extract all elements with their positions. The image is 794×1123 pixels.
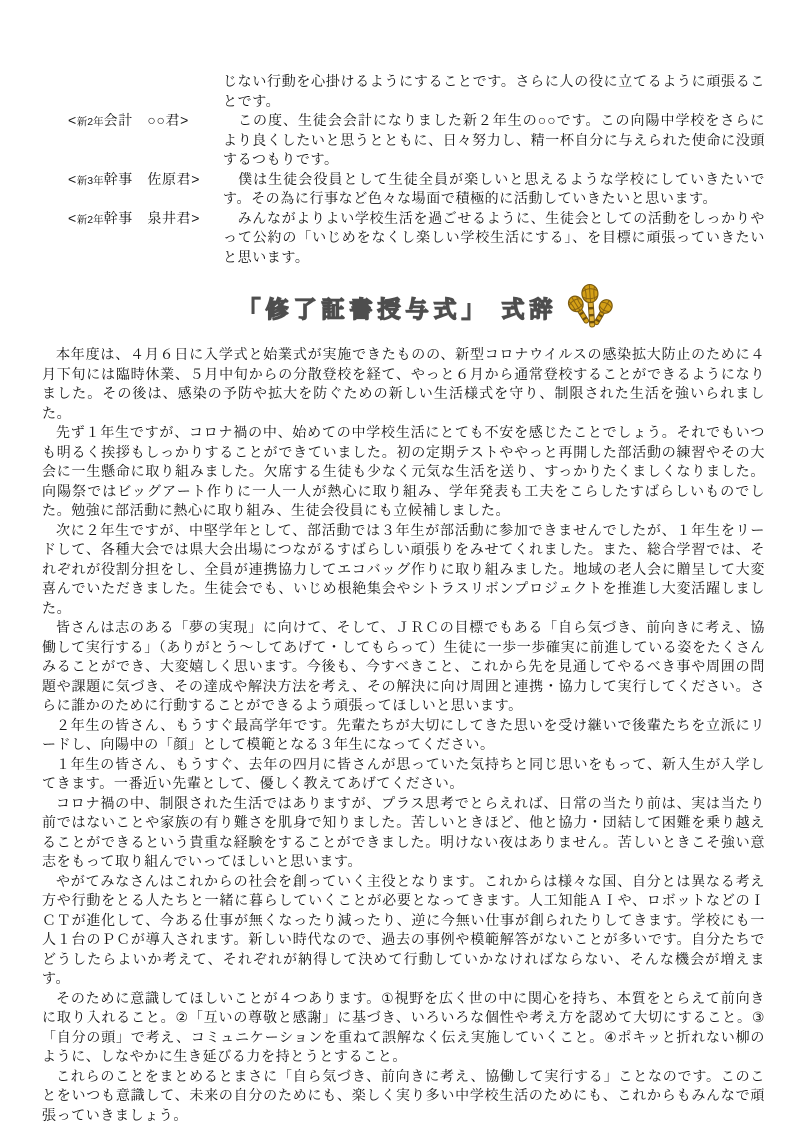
officer-title-name: 会計 ○○君 (104, 112, 181, 128)
officer-speech: みんながよりよい学校生活を過ごせるように、生徒会としての活動をしっかりやって公約… (223, 209, 765, 268)
officer-entry-secretary-3rd: <新3年幹事 佐原君> 僕は生徒会役員として生徒全員が楽しいと思えるような学校に… (68, 170, 765, 209)
officer-grade: 新2年 (77, 116, 104, 128)
bracket-close: > (191, 171, 200, 187)
officer-intro-section: じない行動を心掛けるようにすることです。さらに人の役に立てるように頑張ることです… (68, 72, 765, 267)
continuation-text: じない行動を心掛けるようにすることです。さらに人の役に立てるように頑張ることです… (223, 72, 765, 111)
officer-grade: 新2年 (77, 214, 104, 226)
speech-paragraph: そのために意識してほしいことが４つあります。①視野を広く世の中に関心を持ち、本質… (42, 989, 765, 1067)
officer-entry-accountant: <新2年会計 ○○君> この度、生徒会会計になりました新２年生の○○です。この向… (68, 111, 765, 170)
officer-title-name: 幹事 泉井君 (104, 210, 192, 226)
bracket-open: < (68, 112, 77, 128)
speech-paragraph: これらのことをまとめるとまさに「自ら気づき、前向きに考え、協働して実行する」こと… (42, 1067, 765, 1123)
officer-title-name: 幹事 佐原君 (104, 171, 192, 187)
speech-body: 本年度は、４月６日に入学式と始業式が実施できたものの、新型コロナウイルスの感染拡… (42, 345, 765, 1123)
document-page: じない行動を心掛けるようにすることです。さらに人の役に立てるように頑張ることです… (0, 0, 794, 1123)
ceremony-title-suffix: 式辞 (502, 296, 558, 322)
officer-speech: この度、生徒会会計になりました新２年生の○○です。この向陽中学校をさらにより良く… (223, 111, 765, 170)
ceremony-title-row: 「修了証書授与式」式辞 (64, 281, 787, 337)
ceremony-title-main: 「修了証書授与式」 (238, 296, 490, 322)
speech-paragraph: １年生の皆さん、もうすぐ、去年の四月に皆さんが思っていた気持ちと同じ思いをもって… (42, 755, 765, 794)
speech-paragraph: ２年生の皆さん、もうすぐ最高学年です。先輩たちが大切にしてきた思いを受け継いで後… (42, 716, 765, 755)
bracket-open: < (68, 210, 77, 226)
bracket-close: > (180, 112, 189, 128)
speech-paragraph: 先ず１年生ですが、コロナ禍の中、始めての中学校生活にとても不安を感じたことでしょ… (42, 423, 765, 521)
officer-speech: 僕は生徒会役員として生徒全員が楽しいと思えるような学校にしていきたいです。その為… (223, 170, 765, 209)
officer-label: <新2年幹事 泉井君> (68, 209, 223, 268)
officer-entry-secretary-2nd: <新2年幹事 泉井君> みんながよりよい学校生活を過ごせるように、生徒会としての… (68, 209, 765, 268)
bracket-close: > (191, 210, 200, 226)
speech-paragraph: 次に２年生ですが、中堅学年として、部活動では３年生が部活動に参加できませんでした… (42, 521, 765, 619)
officer-label: <新2年会計 ○○君> (68, 111, 223, 170)
speech-paragraph: 本年度は、４月６日に入学式と始業式が実施できたものの、新型コロナウイルスの感染拡… (42, 345, 765, 423)
officer-label: <新3年幹事 佐原君> (68, 170, 223, 209)
speech-paragraph: コロナ禍の中、制限された生活ではありますが、プラス思考でとらえれば、日常の当たり… (42, 794, 765, 872)
continuation-entry: じない行動を心掛けるようにすることです。さらに人の役に立てるように頑張ることです… (68, 72, 765, 111)
speech-paragraph: やがてみなさんはこれからの社会を創っていく主役となります。これからは様々な国、自… (42, 872, 765, 989)
entry-label-spacer (68, 72, 223, 111)
officer-grade: 新3年 (77, 175, 104, 187)
maracas-icon (566, 283, 614, 337)
speech-paragraph: 皆さんは志のある「夢の実現」に向けて、そして、ＪＲＣの目標でもある「自ら気づき、… (42, 618, 765, 716)
bracket-open: < (68, 171, 77, 187)
ceremony-title: 「修了証書授与式」式辞 (238, 293, 558, 325)
